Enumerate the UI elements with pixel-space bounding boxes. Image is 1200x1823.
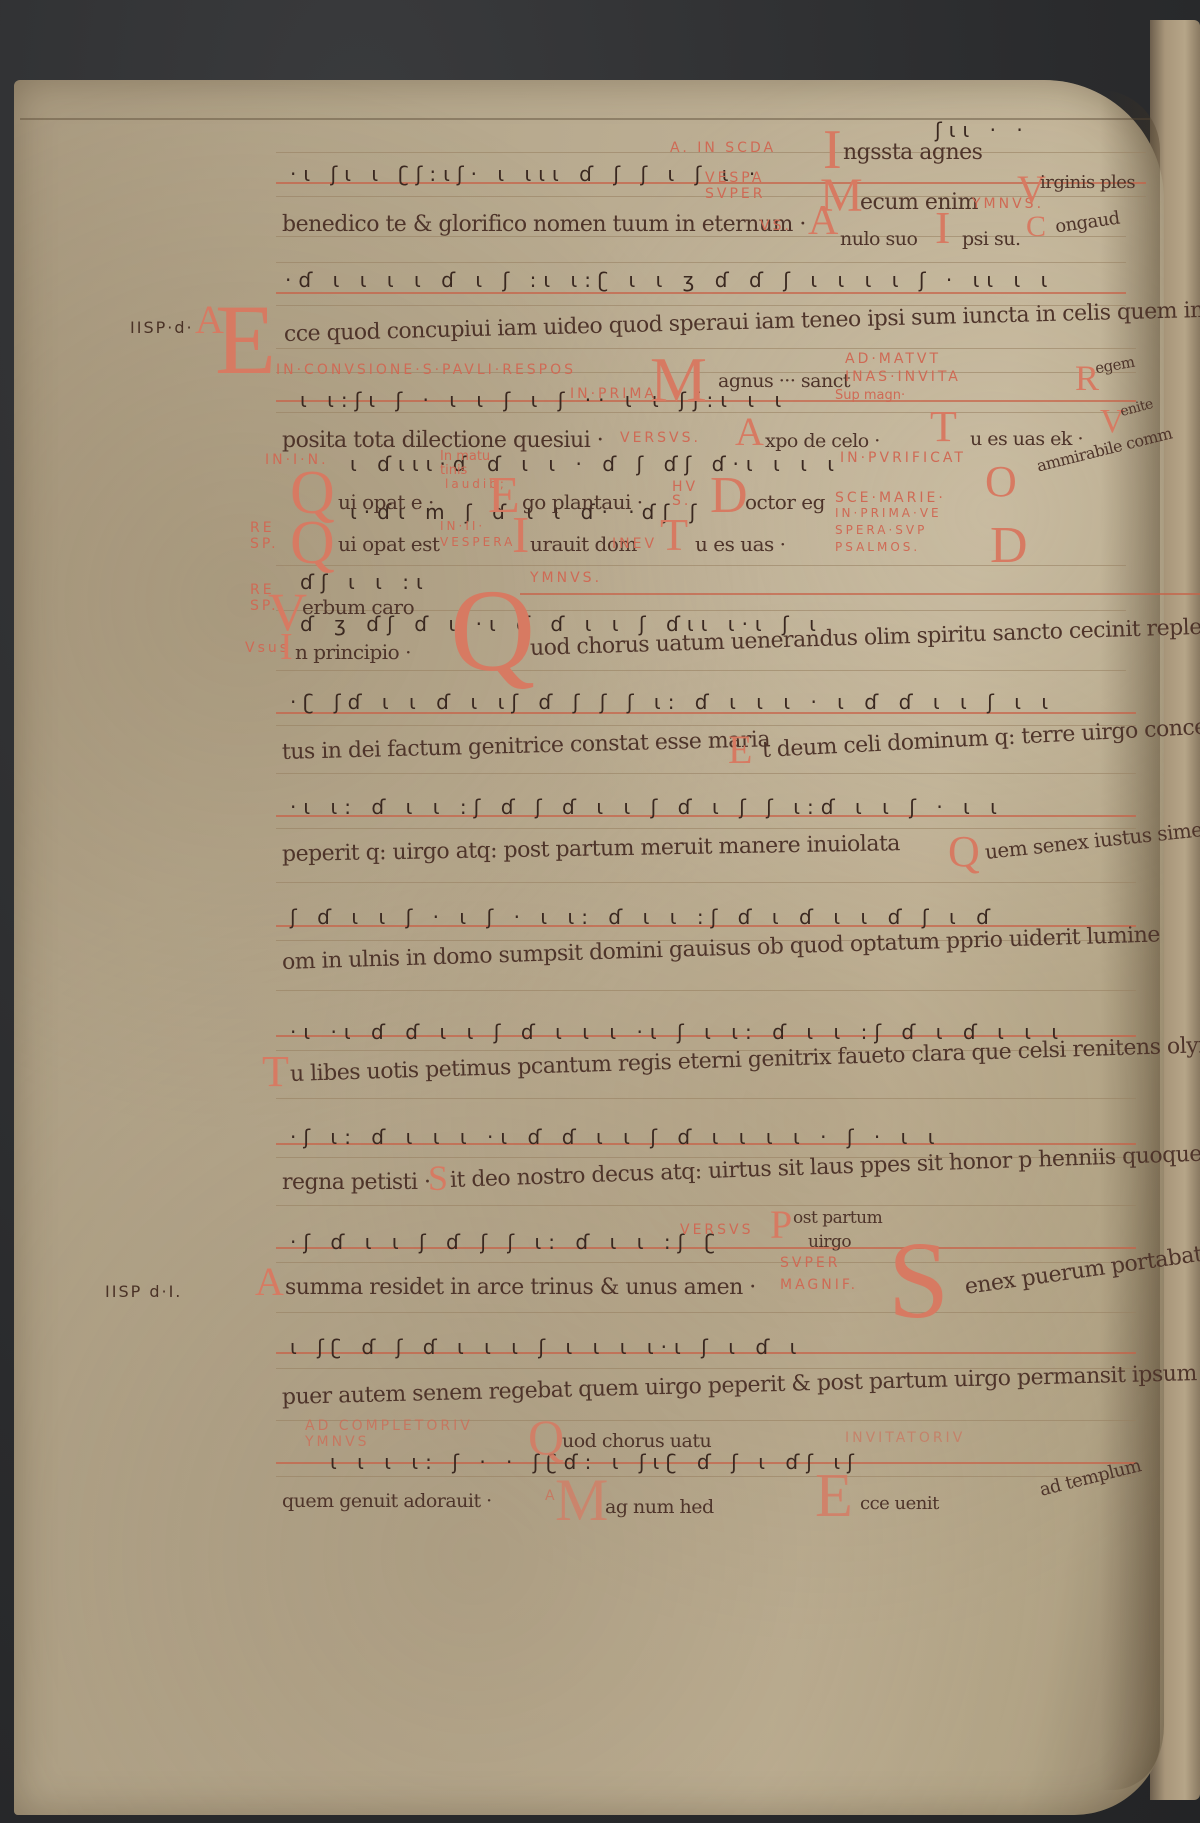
manuscript-viewer: ·ɩ ʃɩ ɩ ʗʃ:ɩʃ· ɩ ɩɩɩ ɗ ʃ ʃ ɩ ʃ ɩ · ʃɩɩ ·… bbox=[0, 0, 1200, 1823]
red-initial: D bbox=[990, 520, 1028, 572]
margin-note: IISP·d· bbox=[130, 318, 194, 337]
red-initial: Q bbox=[450, 572, 535, 690]
red-initial: A bbox=[255, 1262, 284, 1302]
red-initial: S bbox=[888, 1225, 949, 1335]
red-initial: P bbox=[770, 1205, 792, 1245]
chant-text: psi su. bbox=[962, 228, 1021, 250]
chant-text: ngssta agnes bbox=[843, 140, 982, 165]
neume-row: ɩ ʃʗ ɗ ʃ ɗ ɩ ɩ ɩ ʃ ɩ ɩ ɩ ɩ·ɩ ʃ ɩ ɗ ɩ bbox=[290, 1335, 803, 1359]
rubric: AD COMPLETORIV YMNVS bbox=[305, 1418, 535, 1450]
chant-text: summa residet in arce trinus & unus amen… bbox=[285, 1275, 756, 1300]
rubric: IN·PRIMA bbox=[570, 386, 657, 402]
chant-text: uirgo bbox=[808, 1232, 851, 1252]
rubric: RE SP. bbox=[250, 520, 274, 552]
red-initial: C bbox=[1026, 212, 1046, 242]
red-initial: Q bbox=[948, 830, 980, 874]
rubric: INEV bbox=[612, 536, 657, 552]
margin-note: IISP d·I. bbox=[105, 1282, 182, 1301]
red-initial: Q bbox=[528, 1412, 564, 1462]
red-initial: T bbox=[930, 405, 957, 449]
rubric: A. In SCda bbox=[670, 140, 776, 156]
chant-text: erbum caro bbox=[302, 595, 414, 619]
rubric: IN·CONVSIONE·S·PAVLI·RESPOS bbox=[276, 362, 576, 378]
red-initial: E bbox=[215, 290, 276, 390]
rubric: SVPER MAGNIF. bbox=[780, 1252, 890, 1296]
neume-row: ·ɩ ɩ: ɗ ɩ ɩ :ʃ ɗ ʃ ɗ ɩ ɩ ʃ ɗ ɩ ʃ ʃ ɩ:ɗ ɩ… bbox=[290, 795, 1004, 819]
chant-text: go plantaui · bbox=[522, 490, 643, 514]
red-initial: A bbox=[735, 412, 764, 452]
rubric: laudib; bbox=[445, 478, 485, 491]
chant-text: u es uas · bbox=[695, 532, 785, 556]
rubric: IN·PRIMA·VE SPERA·SVP PSALMOS. bbox=[835, 505, 985, 556]
rubric: VERSVS bbox=[680, 1222, 754, 1238]
red-initial: M bbox=[555, 1470, 608, 1530]
chant-text: u es uas ek · bbox=[970, 428, 1083, 450]
chant-text: ost partum bbox=[793, 1208, 882, 1228]
neume-row: ·ɩ ʃɩ ɩ ʗʃ:ɩʃ· ɩ ɩɩɩ ɗ ʃ ʃ ɩ ʃ ɩ · bbox=[290, 162, 762, 186]
red-initial: Q bbox=[290, 512, 335, 574]
rubric: VESPA SVPER bbox=[705, 170, 825, 202]
chant-text: nulo suo bbox=[840, 228, 917, 250]
red-initial: S bbox=[428, 1160, 448, 1196]
red-initial: E bbox=[728, 730, 752, 770]
rubric: YMNVS. bbox=[530, 570, 602, 586]
chant-text: irginis ples bbox=[1040, 172, 1135, 193]
red-initial: I bbox=[280, 628, 293, 666]
neume-row: ·ʗ ʃɗ ɩ ɩ ɗ ɩ ɩʃ ɗ ʃ ʃ ʃ ɩ: ɗ ɩ ɩ ɩ · ɩ … bbox=[290, 690, 1055, 714]
chant-text: uod chorus uatu bbox=[562, 1430, 711, 1452]
chant-text: ecum enim bbox=[860, 190, 978, 215]
rubric: IN·II· VESPERA bbox=[440, 518, 510, 550]
neume-row: ·ʃ ɗ ɩ ɩ ʃ ɗ ʃ ʃ ɩ: ɗ ɩ ɩ :ʃ ʗ bbox=[290, 1230, 722, 1254]
chant-text: ag num hed bbox=[605, 1496, 714, 1518]
chant-text: n principio · bbox=[295, 640, 411, 664]
rubric: IN·PVRIFICAT bbox=[840, 450, 966, 466]
red-initial: O bbox=[985, 460, 1017, 504]
chant-text: quem genuit adorauit · bbox=[282, 1490, 492, 1512]
chant-text: regna petisti · bbox=[282, 1170, 431, 1195]
neume-row: ·ɗ ɩ ɩ ɩ ɩ ɗ ɩ ʃ :ɩ ɩ:ʗ ɩ ɩ ʒ ɗ ɗ ʃ ɩ ɩ … bbox=[285, 268, 1054, 292]
chant-text: benedico te & glorifico nomen tuum in et… bbox=[282, 212, 806, 237]
rubric: VERSVS. bbox=[620, 430, 701, 446]
neume-row: ɩ ɗɩɩɩ·ɗ ɗ ɩ ɩ · ɗ ʃ ɗʃ ɗ·ɩ ɩ ɩ ɩ bbox=[350, 452, 841, 476]
neume-row: ·ʃ ɩ: ɗ ɩ ɩ ɩ ·ɩ ɗ ɗ ɩ ɩ ʃ ɗ ɩ ɩ ɩ ɩ · ʃ… bbox=[290, 1125, 942, 1149]
red-initial: M bbox=[650, 348, 707, 412]
chant-text: ui opat e · bbox=[338, 490, 434, 514]
chant-text: octor eg bbox=[745, 490, 825, 514]
rubric: Sup magn· bbox=[835, 388, 905, 403]
red-initial: A bbox=[808, 200, 838, 242]
rubric: HV S. bbox=[672, 480, 702, 508]
chant-text: agnus ··· sanct bbox=[718, 370, 850, 392]
chant-text: ui opat est bbox=[338, 532, 439, 556]
red-initial: I bbox=[935, 205, 950, 251]
red-initial: T bbox=[262, 1050, 289, 1094]
rubric: SCE·MARIE· bbox=[835, 490, 946, 506]
red-initial: E bbox=[815, 1465, 853, 1527]
red-initial: T bbox=[660, 512, 688, 558]
rubric: INVITATORIV bbox=[845, 1430, 965, 1446]
neume-row: ʃɩɩ · · bbox=[935, 118, 1030, 142]
chant-text: xpo de celo · bbox=[765, 430, 880, 452]
rubric: VS. bbox=[760, 218, 792, 234]
rubric: AD·MATVT INAS·INVITA bbox=[845, 350, 1055, 386]
red-initial: I bbox=[512, 510, 529, 562]
neume-row: ɩ ɩ:ʃɩ ʃ · ɩ ɩ ʃ ɩ ʃ ·· ɩ ɩ ʃʃ:ɩ ɩ ɩ bbox=[300, 388, 788, 412]
chant-text: cce uenit bbox=[860, 1493, 939, 1514]
neume-row: ʃ ɗ ɩ ɩ ʃ · ɩ ʃ · ɩ ɩ: ɗ ɩ ɩ :ʃ ɗ ɩ ɗ ɩ … bbox=[290, 905, 997, 929]
red-initial: D bbox=[710, 470, 748, 522]
